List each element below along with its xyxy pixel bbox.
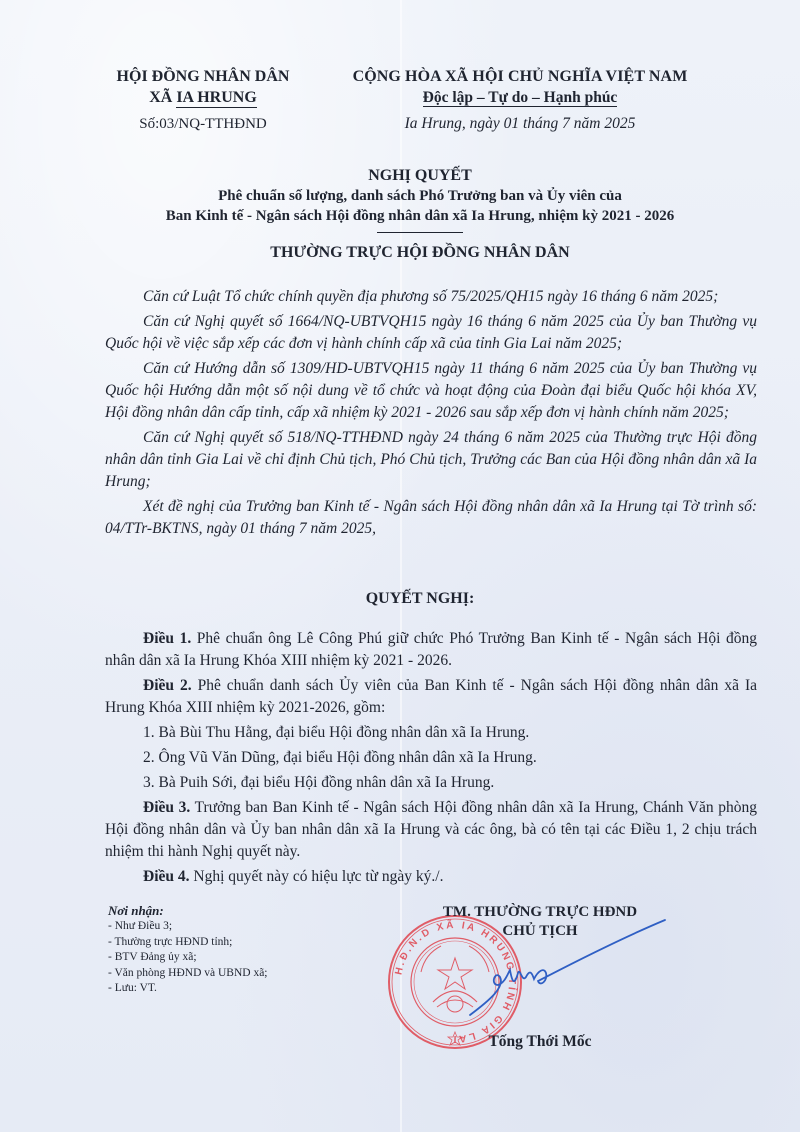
issuer-block: HỘI ĐỒNG NHÂN DÂN XÃ IA HRUNG Số:03/NQ-T… xyxy=(108,66,298,135)
preamble-clause: Căn cứ Hướng dẫn số 1309/HD-UBTVQH15 ngà… xyxy=(105,358,757,424)
article-text: Nghị quyết này có hiệu lực từ ngày ký./. xyxy=(190,868,444,885)
article-label: Điều 1. xyxy=(143,630,191,647)
preamble-clause: Căn cứ Luật Tổ chức chính quyền địa phươ… xyxy=(105,286,757,308)
article-label: Điều 4. xyxy=(143,868,190,885)
national-header: CỘNG HÒA XÃ HỘI CHỦ NGHĨA VIỆT NAM Độc l… xyxy=(330,66,710,135)
preamble: Căn cứ Luật Tổ chức chính quyền địa phươ… xyxy=(105,286,757,543)
motto-text: Độc lập – Tự do – Hạnh phúc xyxy=(423,89,618,107)
member-item: 2. Ông Vũ Văn Dũng, đại biểu Hội đồng nh… xyxy=(105,747,757,769)
preamble-clause: Căn cứ Nghị quyết số 518/NQ-TTHĐND ngày … xyxy=(105,427,757,493)
decision-heading: QUYẾT NGHỊ: xyxy=(100,590,740,608)
preamble-clause: Căn cứ Nghị quyết số 1664/NQ-UBTVQH15 ng… xyxy=(105,311,757,355)
document-page: HỘI ĐỒNG NHÂN DÂN XÃ IA HRUNG Số:03/NQ-T… xyxy=(0,0,800,1132)
member-item: 1. Bà Bùi Thu Hằng, đại biểu Hội đồng nh… xyxy=(105,722,757,744)
issuer-commune: XÃ IA HRUNG xyxy=(108,87,298,109)
article-text: Phê chuẩn danh sách Ủy viên của Ban Kinh… xyxy=(105,677,757,716)
recipient-item: - BTV Đảng ủy xã; xyxy=(108,950,268,966)
signer-name: Tống Thới Mốc xyxy=(395,1033,685,1051)
recipient-item: - Lưu: VT. xyxy=(108,981,268,997)
subject-line-2: Ban Kinh tế - Ngân sách Hội đồng nhân dâ… xyxy=(100,206,740,226)
recipients-title: Nơi nhận: xyxy=(108,903,268,919)
article-label: Điều 2. xyxy=(143,677,192,694)
recipient-item: - Như Điều 3; xyxy=(108,919,268,935)
national-motto: Độc lập – Tự do – Hạnh phúc xyxy=(330,87,710,109)
issuing-authority: THƯỜNG TRỰC HỘI ĐỒNG NHÂN DÂN xyxy=(100,243,740,263)
article-label: Điều 3. xyxy=(143,799,190,816)
document-number: Số:03/NQ-TTHĐND xyxy=(108,113,298,135)
article-text: Phê chuẩn ông Lê Công Phú giữ chức Phó T… xyxy=(105,630,757,669)
signing-on-behalf: TM. THƯỜNG TRỰC HĐND xyxy=(395,903,685,922)
article-2: Điều 2. Phê chuẩn danh sách Ủy viên của … xyxy=(105,675,757,719)
issuer-commune-prefix: XÃ xyxy=(149,89,176,106)
subject-line-1: Phê chuẩn số lượng, danh sách Phó Trưởng… xyxy=(100,186,740,206)
articles: Điều 1. Phê chuẩn ông Lê Công Phú giữ ch… xyxy=(105,628,757,891)
recipients-block: Nơi nhận: - Như Điều 3; - Thường trực HĐ… xyxy=(108,903,268,997)
article-3: Điều 3. Trưởng ban Ban Kinh tế - Ngân sá… xyxy=(105,797,757,863)
issuer-commune-name: IA HRUNG xyxy=(176,89,256,108)
article-4: Điều 4. Nghị quyết này có hiệu lực từ ng… xyxy=(105,866,757,888)
document-type: NGHỊ QUYẾT xyxy=(100,166,740,186)
title-divider xyxy=(377,232,463,233)
member-item: 3. Bà Puih Sới, đại biểu Hội đồng nhân d… xyxy=(105,772,757,794)
recipient-item: - Văn phòng HĐND và UBND xã; xyxy=(108,966,268,982)
signature-block: TM. THƯỜNG TRỰC HĐND CHỦ TỊCH Tống Thới … xyxy=(395,903,685,941)
article-1: Điều 1. Phê chuẩn ông Lê Công Phú giữ ch… xyxy=(105,628,757,672)
recipient-item: - Thường trực HĐND tỉnh; xyxy=(108,935,268,951)
article-text: Trưởng ban Ban Kinh tế - Ngân sách Hội đ… xyxy=(105,799,757,860)
issuer-name: HỘI ĐỒNG NHÂN DÂN xyxy=(108,66,298,87)
title-block: NGHỊ QUYẾT Phê chuẩn số lượng, danh sách… xyxy=(100,166,740,263)
signer-position: CHỦ TỊCH xyxy=(395,922,685,941)
place-date: Ia Hrung, ngày 01 tháng 7 năm 2025 xyxy=(330,113,710,135)
preamble-clause: Xét đề nghị của Trưởng ban Kinh tế - Ngâ… xyxy=(105,496,757,540)
nation-name: CỘNG HÒA XÃ HỘI CHỦ NGHĨA VIỆT NAM xyxy=(330,66,710,87)
